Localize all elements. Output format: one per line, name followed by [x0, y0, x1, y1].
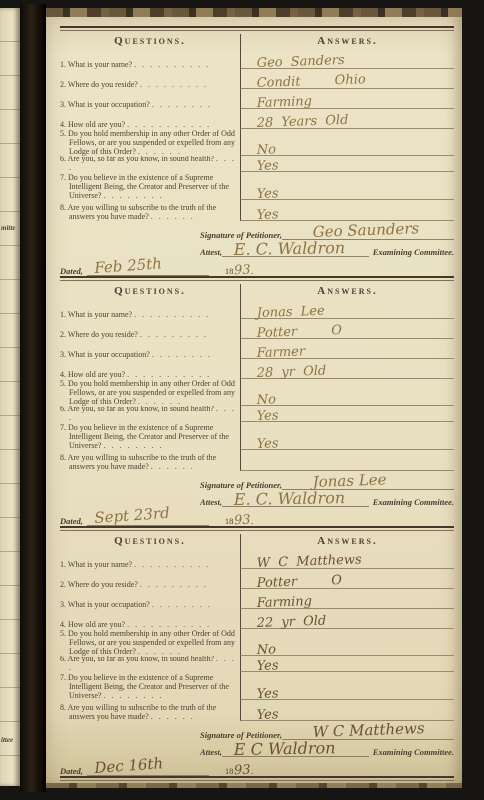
- section-separator-rule: [60, 276, 454, 281]
- question-number: 6.: [60, 656, 66, 663]
- question-number: 7.: [60, 423, 66, 432]
- section-separator-rule: [60, 776, 454, 781]
- leader-dots: . . . . . . . .: [103, 441, 163, 450]
- answer-line: Geo Sanders: [240, 49, 454, 69]
- question-paragraph: 5. Do you hold membership in any other O…: [60, 629, 237, 656]
- question-cell: 4. How old are you? . . . . . . . . . . …: [60, 609, 240, 629]
- attest-row: Attest,E. C. WaldronExamining Committee.: [200, 240, 454, 257]
- leader-dots: . . . . . . . .: [152, 350, 212, 359]
- leader-dots: . . . . . . . . .: [140, 80, 208, 89]
- question-number: 5.: [60, 129, 66, 138]
- answer-line: Potter O: [240, 569, 454, 589]
- answer-line: 22 yr Old: [240, 609, 454, 629]
- question-number: 7.: [60, 673, 66, 682]
- leader-dots: . . . . . . . .: [103, 191, 163, 200]
- question-text: Where do you reside?: [68, 80, 138, 89]
- question-number: 8.: [60, 453, 66, 462]
- answer-line: Yes: [240, 656, 454, 672]
- question-row: 7. Do you believe in the existence of a …: [60, 422, 454, 450]
- question-text: Where do you reside?: [68, 580, 138, 589]
- question-paragraph: 4. How old are you? . . . . . . . . . . …: [60, 120, 237, 129]
- attest-signature-line: E. C. Waldron: [222, 239, 369, 257]
- year-prefix: 18: [225, 266, 234, 276]
- question-number: 2.: [60, 580, 66, 589]
- answer-line: Farmer: [240, 339, 454, 359]
- question-text: Are you, so far as you know, in sound he…: [68, 406, 214, 413]
- examining-committee-label: Examining Committee.: [373, 747, 454, 757]
- question-cell: 3. What is your occupation? . . . . . . …: [60, 589, 240, 609]
- date-line: Dec 16th: [87, 756, 209, 776]
- leader-dots: . . . . . .: [138, 397, 182, 406]
- handwritten-answer: Yes: [256, 707, 278, 723]
- question-row: 3. What is your occupation? . . . . . . …: [60, 339, 454, 359]
- question-text: What is your occupation?: [68, 350, 150, 359]
- question-row: 3. What is your occupation? . . . . . . …: [60, 589, 454, 609]
- question-number: 4.: [60, 370, 66, 379]
- question-number: 1.: [60, 560, 66, 569]
- question-paragraph: 5. Do you hold membership in any other O…: [60, 129, 237, 156]
- question-cell: 7. Do you believe in the existence of a …: [60, 422, 240, 450]
- answer-line: Farming: [240, 89, 454, 109]
- question-number: 3.: [60, 600, 66, 609]
- answer-line: Yes: [240, 700, 454, 721]
- question-paragraph: 3. What is your occupation? . . . . . . …: [60, 350, 237, 359]
- question-number: 7.: [60, 173, 66, 182]
- question-row: 4. How old are you? . . . . . . . . . . …: [60, 359, 454, 379]
- question-number: 5.: [60, 629, 66, 638]
- question-paragraph: 1. What is your name? . . . . . . . . . …: [60, 310, 237, 319]
- question-number: 1.: [60, 60, 66, 69]
- dated-label: Dated,: [60, 266, 83, 276]
- questions-header: Questions.: [60, 34, 240, 49]
- question-row: 2. Where do you reside? . . . . . . . . …: [60, 569, 454, 589]
- question-paragraph: 1. What is your name? . . . . . . . . . …: [60, 60, 237, 69]
- dated-row: Dated,Sept 23rd1893.: [60, 507, 454, 526]
- question-paragraph: 2. Where do you reside? . . . . . . . . …: [60, 330, 237, 339]
- question-cell: 1. What is your name? . . . . . . . . . …: [60, 549, 240, 569]
- leader-dots: . . . . . .: [151, 462, 195, 471]
- answers-header: Answers.: [240, 284, 454, 299]
- section-header-row: Questions.Answers.: [60, 534, 454, 549]
- question-cell: 7. Do you believe in the existence of a …: [60, 172, 240, 200]
- petition-section: Questions.Answers.1. What is your name? …: [60, 34, 454, 276]
- leader-dots: . . . . . . . .: [152, 600, 212, 609]
- petition-section: Questions.Answers.1. What is your name? …: [60, 534, 454, 776]
- question-cell: 8. Are you willing to subscribe to the t…: [60, 200, 240, 221]
- question-cell: 8. Are you willing to subscribe to the t…: [60, 450, 240, 471]
- question-number: 8.: [60, 203, 66, 212]
- question-text: What is your occupation?: [68, 600, 150, 609]
- question-number: 6.: [60, 406, 66, 413]
- question-cell: 3. What is your occupation? . . . . . . …: [60, 89, 240, 109]
- question-text: Are you, so far as you know, in sound he…: [68, 656, 214, 663]
- question-row: 2. Where do you reside? . . . . . . . . …: [60, 319, 454, 339]
- answer-line: No: [240, 379, 454, 406]
- question-paragraph: 2. Where do you reside? . . . . . . . . …: [60, 580, 237, 589]
- answer-line: [240, 450, 454, 471]
- question-row: 5. Do you hold membership in any other O…: [60, 629, 454, 656]
- petitioner-signature-line: Geo Saunders: [282, 220, 454, 240]
- form-sections: Questions.Answers.1. What is your name? …: [60, 34, 454, 781]
- handwritten-year: 93: [234, 763, 251, 779]
- petitioner-signature-row: Signature of Petitioner,Jonas Lee: [200, 471, 454, 490]
- question-paragraph: 6. Are you, so far as you know, in sound…: [60, 656, 237, 672]
- question-row: 8. Are you willing to subscribe to the t…: [60, 450, 454, 471]
- question-paragraph: 2. Where do you reside? . . . . . . . . …: [60, 80, 237, 89]
- question-text: What is your name?: [68, 560, 132, 569]
- question-cell: 6. Are you, so far as you know, in sound…: [60, 156, 240, 172]
- question-cell: 7. Do you believe in the existence of a …: [60, 672, 240, 700]
- leader-dots: . . . . . . . . . .: [134, 560, 210, 569]
- answers-header: Answers.: [240, 534, 454, 549]
- handwritten-date: Sept 23rd: [94, 504, 170, 527]
- question-row: 1. What is your name? . . . . . . . . . …: [60, 299, 454, 319]
- facing-page-text-fragment: mitte: [1, 224, 20, 232]
- examining-committee-label: Examining Committee.: [373, 247, 454, 257]
- year-period: .: [251, 266, 253, 276]
- question-paragraph: 7. Do you believe in the existence of a …: [60, 673, 237, 700]
- date-line: Sept 23rd: [87, 506, 209, 526]
- attest-signature-line: E C Waldron: [222, 739, 369, 757]
- question-text: Where do you reside?: [68, 330, 138, 339]
- leader-dots: . . . . . .: [151, 712, 195, 721]
- question-paragraph: 6. Are you, so far as you know, in sound…: [60, 406, 237, 422]
- question-row: 8. Are you willing to subscribe to the t…: [60, 700, 454, 721]
- year-period: .: [251, 516, 253, 526]
- question-number: 4.: [60, 620, 66, 629]
- question-paragraph: 5. Do you hold membership in any other O…: [60, 379, 237, 406]
- answer-line: W C Matthews: [240, 549, 454, 569]
- scanned-document: mitte ittee Questions.Answers.1. What is…: [0, 0, 484, 800]
- question-row: 6. Are you, so far as you know, in sound…: [60, 656, 454, 672]
- question-cell: 2. Where do you reside? . . . . . . . . …: [60, 569, 240, 589]
- question-text: What is your name?: [68, 60, 132, 69]
- question-paragraph: 4. How old are you? . . . . . . . . . . …: [60, 620, 237, 629]
- answer-line: Yes: [240, 200, 454, 221]
- attest-signature: E. C. Waldron: [233, 238, 345, 259]
- questions-header: Questions.: [60, 284, 240, 299]
- document-page: Questions.Answers.1. What is your name? …: [46, 8, 462, 788]
- question-paragraph: 8. Are you willing to subscribe to the t…: [60, 703, 237, 721]
- dated-row: Dated,Dec 16th1893.: [60, 757, 454, 776]
- question-cell: 3. What is your occupation? . . . . . . …: [60, 339, 240, 359]
- year-period: .: [251, 766, 253, 776]
- leader-dots: . . . . . . . .: [103, 691, 163, 700]
- examining-committee-label: Examining Committee.: [373, 497, 454, 507]
- year-group: 1893.: [225, 511, 253, 526]
- question-number: 1.: [60, 310, 66, 319]
- page-bottom-edge: [46, 783, 462, 788]
- question-paragraph: 8. Are you willing to subscribe to the t…: [60, 453, 237, 471]
- question-text: How old are you?: [68, 620, 125, 629]
- question-text: Are you, so far as you know, in sound he…: [68, 156, 214, 163]
- question-cell: 6. Are you, so far as you know, in sound…: [60, 656, 240, 672]
- question-cell: 4. How old are you? . . . . . . . . . . …: [60, 359, 240, 379]
- question-cell: 1. What is your name? . . . . . . . . . …: [60, 299, 240, 319]
- leader-dots: . . . . . . . . . .: [134, 310, 210, 319]
- question-number: 5.: [60, 379, 66, 388]
- leader-dots: . . . . . .: [151, 212, 195, 221]
- answer-line: Yes: [240, 406, 454, 422]
- attest-signature-line: E. C. Waldron: [222, 489, 369, 507]
- question-row: 1. What is your name? . . . . . . . . . …: [60, 549, 454, 569]
- question-text: What is your name?: [68, 310, 132, 319]
- leader-dots: . . . . . . . .: [152, 100, 212, 109]
- petitioner-signature-line: W C Matthews: [282, 720, 454, 740]
- question-answer-grid: 1. What is your name? . . . . . . . . . …: [60, 299, 454, 471]
- leader-dots: . . . . . . . . . . .: [127, 620, 211, 629]
- attest-row: Attest,E C WaldronExamining Committee.: [200, 740, 454, 757]
- section-header-row: Questions.Answers.: [60, 284, 454, 299]
- answer-line: Farming: [240, 589, 454, 609]
- question-cell: 1. What is your name? . . . . . . . . . …: [60, 49, 240, 69]
- petition-section: Questions.Answers.1. What is your name? …: [60, 284, 454, 526]
- question-number: 3.: [60, 100, 66, 109]
- attest-signature: E. C. Waldron: [233, 488, 345, 509]
- question-number: 2.: [60, 330, 66, 339]
- question-text: How old are you?: [68, 370, 125, 379]
- answer-line: Condit Ohio: [240, 69, 454, 89]
- question-cell: 8. Are you willing to subscribe to the t…: [60, 700, 240, 721]
- leader-dots: . . . . . .: [138, 647, 182, 656]
- question-cell: 2. Where do you reside? . . . . . . . . …: [60, 69, 240, 89]
- year-prefix: 18: [225, 766, 234, 776]
- dated-label: Dated,: [60, 516, 83, 526]
- answer-line: 28 yr Old: [240, 359, 454, 379]
- answer-line: No: [240, 629, 454, 656]
- question-row: 3. What is your occupation? . . . . . . …: [60, 89, 454, 109]
- facing-page-edge: mitte ittee: [0, 8, 20, 786]
- leader-dots: . . . . . . . . . .: [134, 60, 210, 69]
- question-row: 5. Do you hold membership in any other O…: [60, 379, 454, 406]
- question-text: What is your occupation?: [68, 100, 150, 109]
- question-paragraph: 3. What is your occupation? . . . . . . …: [60, 600, 237, 609]
- question-row: 4. How old are you? . . . . . . . . . . …: [60, 109, 454, 129]
- question-answer-grid: 1. What is your name? . . . . . . . . . …: [60, 49, 454, 221]
- answers-header: Answers.: [240, 34, 454, 49]
- question-paragraph: 8. Are you willing to subscribe to the t…: [60, 203, 237, 221]
- question-number: 4.: [60, 120, 66, 129]
- question-cell: 2. Where do you reside? . . . . . . . . …: [60, 319, 240, 339]
- question-row: 7. Do you believe in the existence of a …: [60, 172, 454, 200]
- question-row: 7. Do you believe in the existence of a …: [60, 672, 454, 700]
- question-paragraph: 1. What is your name? . . . . . . . . . …: [60, 560, 237, 569]
- top-rule: [60, 26, 454, 31]
- section-header-row: Questions.Answers.: [60, 34, 454, 49]
- dated-label: Dated,: [60, 766, 83, 776]
- petitioner-signature-line: Jonas Lee: [282, 470, 454, 490]
- question-row: 1. What is your name? . . . . . . . . . …: [60, 49, 454, 69]
- answer-line: Yes: [240, 172, 454, 200]
- question-paragraph: 7. Do you believe in the existence of a …: [60, 173, 237, 200]
- answer-line: No: [240, 129, 454, 156]
- question-row: 4. How old are you? . . . . . . . . . . …: [60, 609, 454, 629]
- question-row: 6. Are you, so far as you know, in sound…: [60, 156, 454, 172]
- handwritten-date: Dec 16th: [94, 754, 164, 777]
- question-number: 8.: [60, 703, 66, 712]
- leader-dots: . . . . . . . . . . .: [127, 370, 211, 379]
- answer-line: Yes: [240, 422, 454, 450]
- answer-line: Jonas Lee: [240, 299, 454, 319]
- dated-row: Dated,Feb 25th1893.: [60, 257, 454, 276]
- question-number: 3.: [60, 350, 66, 359]
- question-cell: 4. How old are you? . . . . . . . . . . …: [60, 109, 240, 129]
- attest-row: Attest,E. C. WaldronExamining Committee.: [200, 490, 454, 507]
- leader-dots: . . . . . .: [138, 147, 182, 156]
- question-cell: 6. Are you, so far as you know, in sound…: [60, 406, 240, 422]
- answer-line: Potter O: [240, 319, 454, 339]
- question-cell: 5. Do you hold membership in any other O…: [60, 129, 240, 156]
- question-row: 2. Where do you reside? . . . . . . . . …: [60, 69, 454, 89]
- question-paragraph: 6. Are you, so far as you know, in sound…: [60, 156, 237, 172]
- question-answer-grid: 1. What is your name? . . . . . . . . . …: [60, 549, 454, 721]
- question-text: How old are you?: [68, 120, 125, 129]
- question-row: 5. Do you hold membership in any other O…: [60, 129, 454, 156]
- question-row: 8. Are you willing to subscribe to the t…: [60, 200, 454, 221]
- question-paragraph: 7. Do you believe in the existence of a …: [60, 423, 237, 450]
- question-paragraph: 3. What is your occupation? . . . . . . …: [60, 100, 237, 109]
- year-prefix: 18: [225, 516, 234, 526]
- question-number: 6.: [60, 156, 66, 163]
- page-top-edge: [46, 8, 462, 17]
- year-group: 1893.: [225, 761, 253, 776]
- leader-dots: . . . . . . . . .: [140, 330, 208, 339]
- petitioner-signature-row: Signature of Petitioner,Geo Saunders: [200, 221, 454, 240]
- handwritten-answer: Yes: [256, 207, 278, 223]
- facing-page-text-fragment: ittee: [1, 736, 20, 744]
- questions-header: Questions.: [60, 534, 240, 549]
- question-cell: 5. Do you hold membership in any other O…: [60, 629, 240, 656]
- leader-dots: . . . . . . . . .: [140, 580, 208, 589]
- answer-line: Yes: [240, 156, 454, 172]
- handwritten-year: 93: [234, 513, 251, 529]
- answer-line: 28 Years Old: [240, 109, 454, 129]
- date-line: Feb 25th: [87, 256, 209, 276]
- book-binding-gutter: [20, 4, 46, 792]
- year-group: 1893.: [225, 261, 253, 276]
- handwritten-date: Feb 25th: [94, 254, 163, 277]
- question-row: 6. Are you, so far as you know, in sound…: [60, 406, 454, 422]
- petitioner-signature-row: Signature of Petitioner,W C Matthews: [200, 721, 454, 740]
- leader-dots: . . . . . . . . . . .: [127, 120, 211, 129]
- question-number: 2.: [60, 80, 66, 89]
- answer-line: Yes: [240, 672, 454, 700]
- attest-signature: E C Waldron: [233, 738, 335, 759]
- section-separator-rule: [60, 526, 454, 531]
- handwritten-year: 93: [234, 263, 251, 279]
- question-cell: 5. Do you hold membership in any other O…: [60, 379, 240, 406]
- question-paragraph: 4. How old are you? . . . . . . . . . . …: [60, 370, 237, 379]
